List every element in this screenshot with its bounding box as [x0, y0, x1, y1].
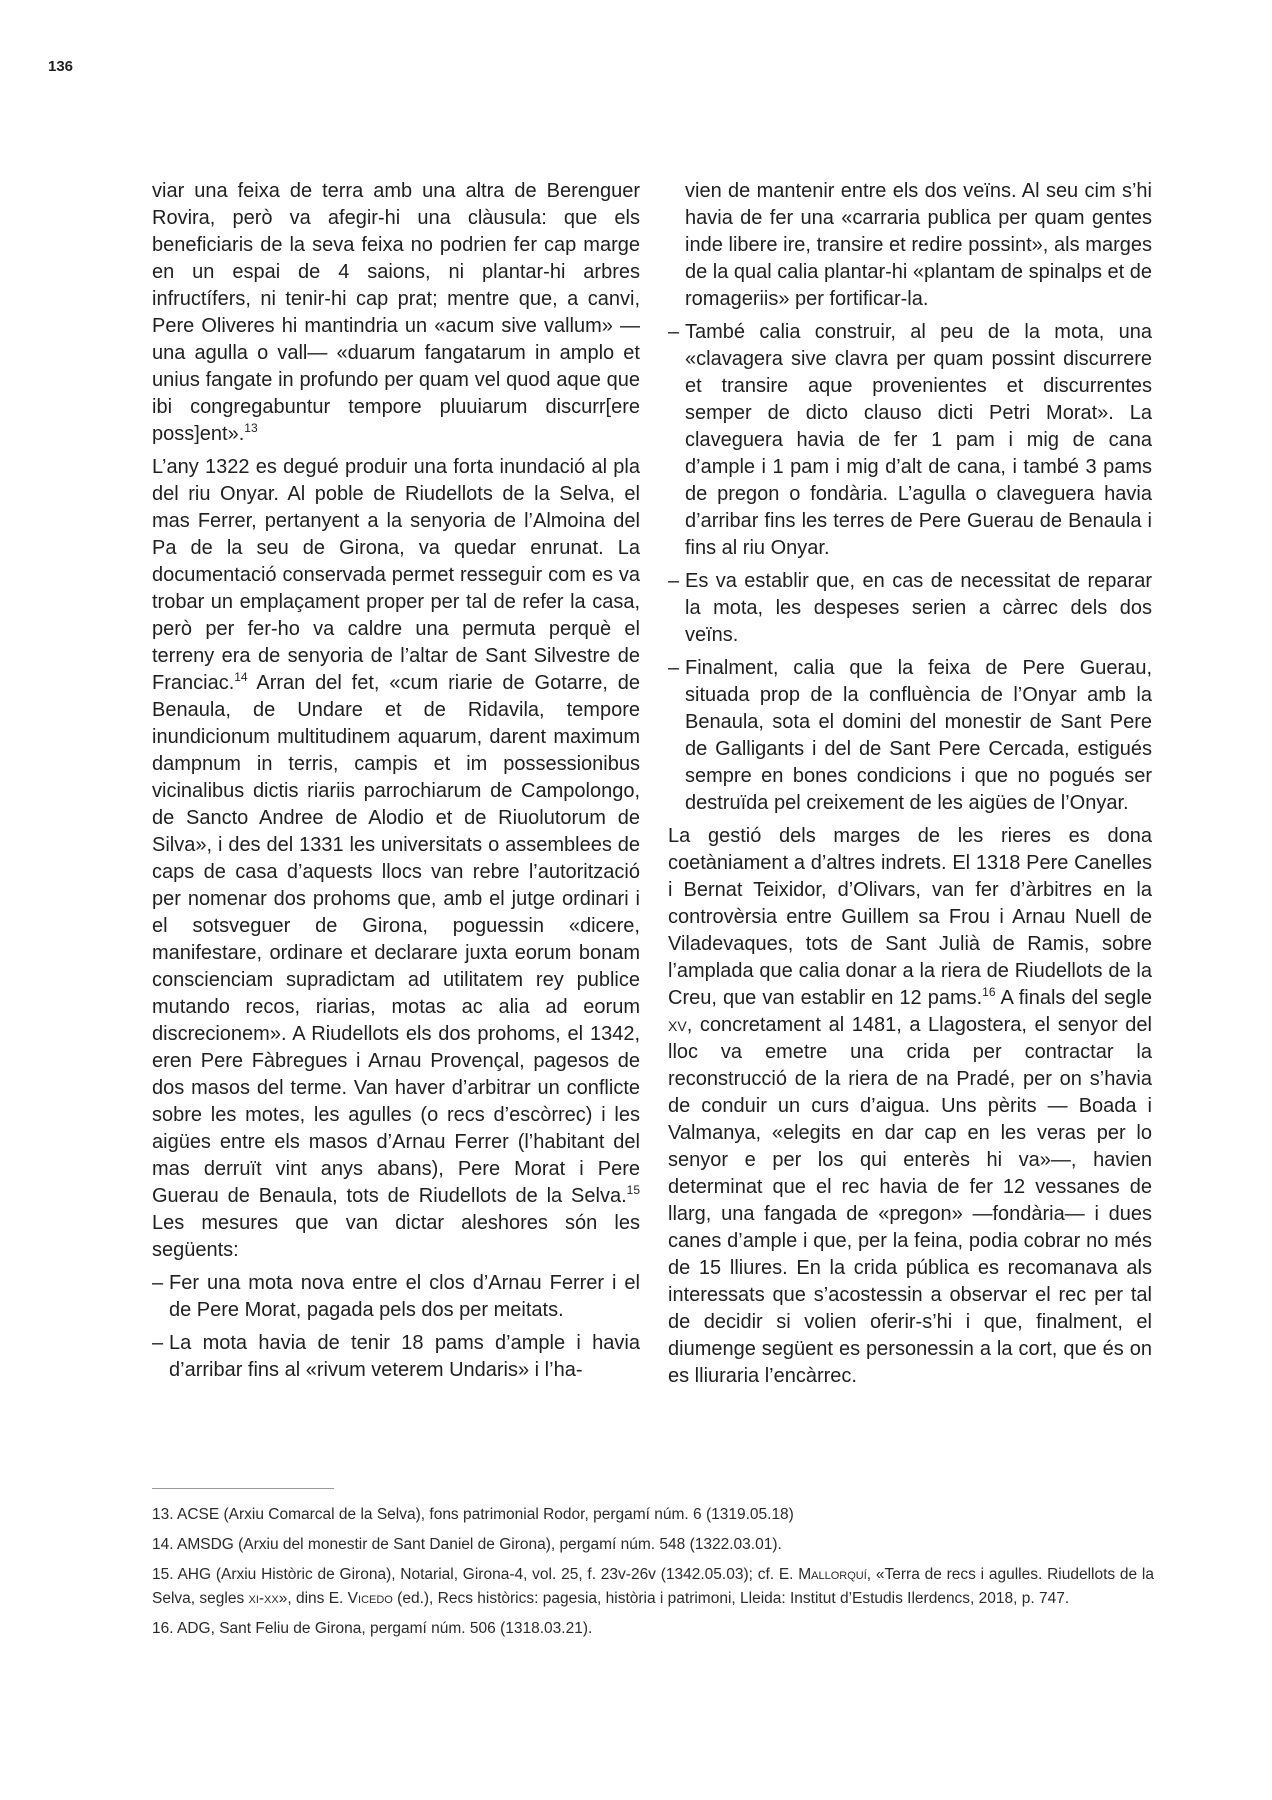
author-name: Mallorquí [798, 1566, 867, 1583]
paragraph-text: L’any 1322 es degué produir una forta in… [152, 456, 640, 694]
list-item-text: També calia construir, al peu de la mota… [685, 321, 1152, 559]
footnote-16: 16. ADG, Sant Feliu de Girona, pergamí n… [152, 1617, 1154, 1641]
dash-bullet: – [152, 1270, 163, 1297]
footnotes: 13. ACSE (Arxiu Comarcal de la Selva), f… [152, 1503, 1154, 1647]
list-item-text: Es va establir que, en cas de necessitat… [685, 570, 1152, 646]
footnote-ref[interactable]: 16 [982, 985, 995, 999]
footnote-text: (ed.), Recs històrics: pagesia, història… [393, 1590, 1069, 1607]
dash-bullet: – [668, 568, 679, 595]
paragraph-text: La gestió dels marges de les rieres es d… [668, 825, 1152, 1009]
list-item: –La mota havia de tenir 18 pams d’ample … [152, 1330, 640, 1384]
paragraph: L’any 1322 es degué produir una forta in… [152, 454, 640, 1264]
list-item-continuation: vien de mantenir entre els dos veïns. Al… [668, 178, 1152, 313]
list-item-text: La mota havia de tenir 18 pams d’ample i… [169, 1332, 640, 1381]
dash-bullet: – [668, 319, 679, 346]
footnote-14: 14. AMSDG (Arxiu del monestir de Sant Da… [152, 1533, 1154, 1557]
century-numeral: xv [668, 1014, 687, 1036]
list-item: –Es va establir que, en cas de necessita… [668, 568, 1152, 649]
paragraph: La gestió dels marges de les rieres es d… [668, 823, 1152, 1390]
footnote-15: 15. AHG (Arxiu Històric de Girona), Nota… [152, 1563, 1154, 1611]
left-column: viar una feixa de terra amb una altra de… [152, 178, 640, 1390]
paragraph-text: Arran del fet, «cum riarie de Gotarre, d… [152, 672, 640, 1207]
right-column: vien de mantenir entre els dos veïns. Al… [668, 178, 1152, 1396]
footnote-ref[interactable]: 13 [244, 421, 257, 435]
paragraph: viar una feixa de terra amb una altra de… [152, 178, 640, 448]
paragraph-text: , concretament al 1481, a Llagostera, el… [668, 1014, 1152, 1387]
measures-list-continued: –També calia construir, al peu de la mot… [668, 319, 1152, 817]
footnote-ref[interactable]: 14 [234, 670, 247, 684]
footnote-13: 13. ACSE (Arxiu Comarcal de la Selva), f… [152, 1503, 1154, 1527]
footnote-text: 15. AHG (Arxiu Històric de Girona), Nota… [152, 1566, 798, 1583]
list-item-text: Finalment, calia que la feixa de Pere Gu… [685, 657, 1152, 814]
list-item: –Finalment, calia que la feixa de Pere G… [668, 655, 1152, 817]
measures-list: –Fer una mota nova entre el clos d’Arnau… [152, 1270, 640, 1384]
dash-bullet: – [668, 655, 679, 682]
dash-bullet: – [152, 1330, 163, 1357]
list-item-text: Fer una mota nova entre el clos d’Arnau … [169, 1272, 640, 1321]
list-item: –Fer una mota nova entre el clos d’Arnau… [152, 1270, 640, 1324]
century-numeral: xi-xx [249, 1590, 279, 1607]
paragraph-text: Les mesures que van dictar aleshores són… [152, 1212, 640, 1261]
paragraph-text: A finals del segle [996, 987, 1152, 1009]
footnote-divider [152, 1488, 334, 1489]
footnote-text: », dins E. [279, 1590, 348, 1607]
list-item: –També calia construir, al peu de la mot… [668, 319, 1152, 562]
paragraph-text: viar una feixa de terra amb una altra de… [152, 180, 640, 445]
footnote-ref[interactable]: 15 [627, 1183, 640, 1197]
author-name: Vicedo [348, 1590, 393, 1607]
page-number: 136 [48, 58, 73, 75]
